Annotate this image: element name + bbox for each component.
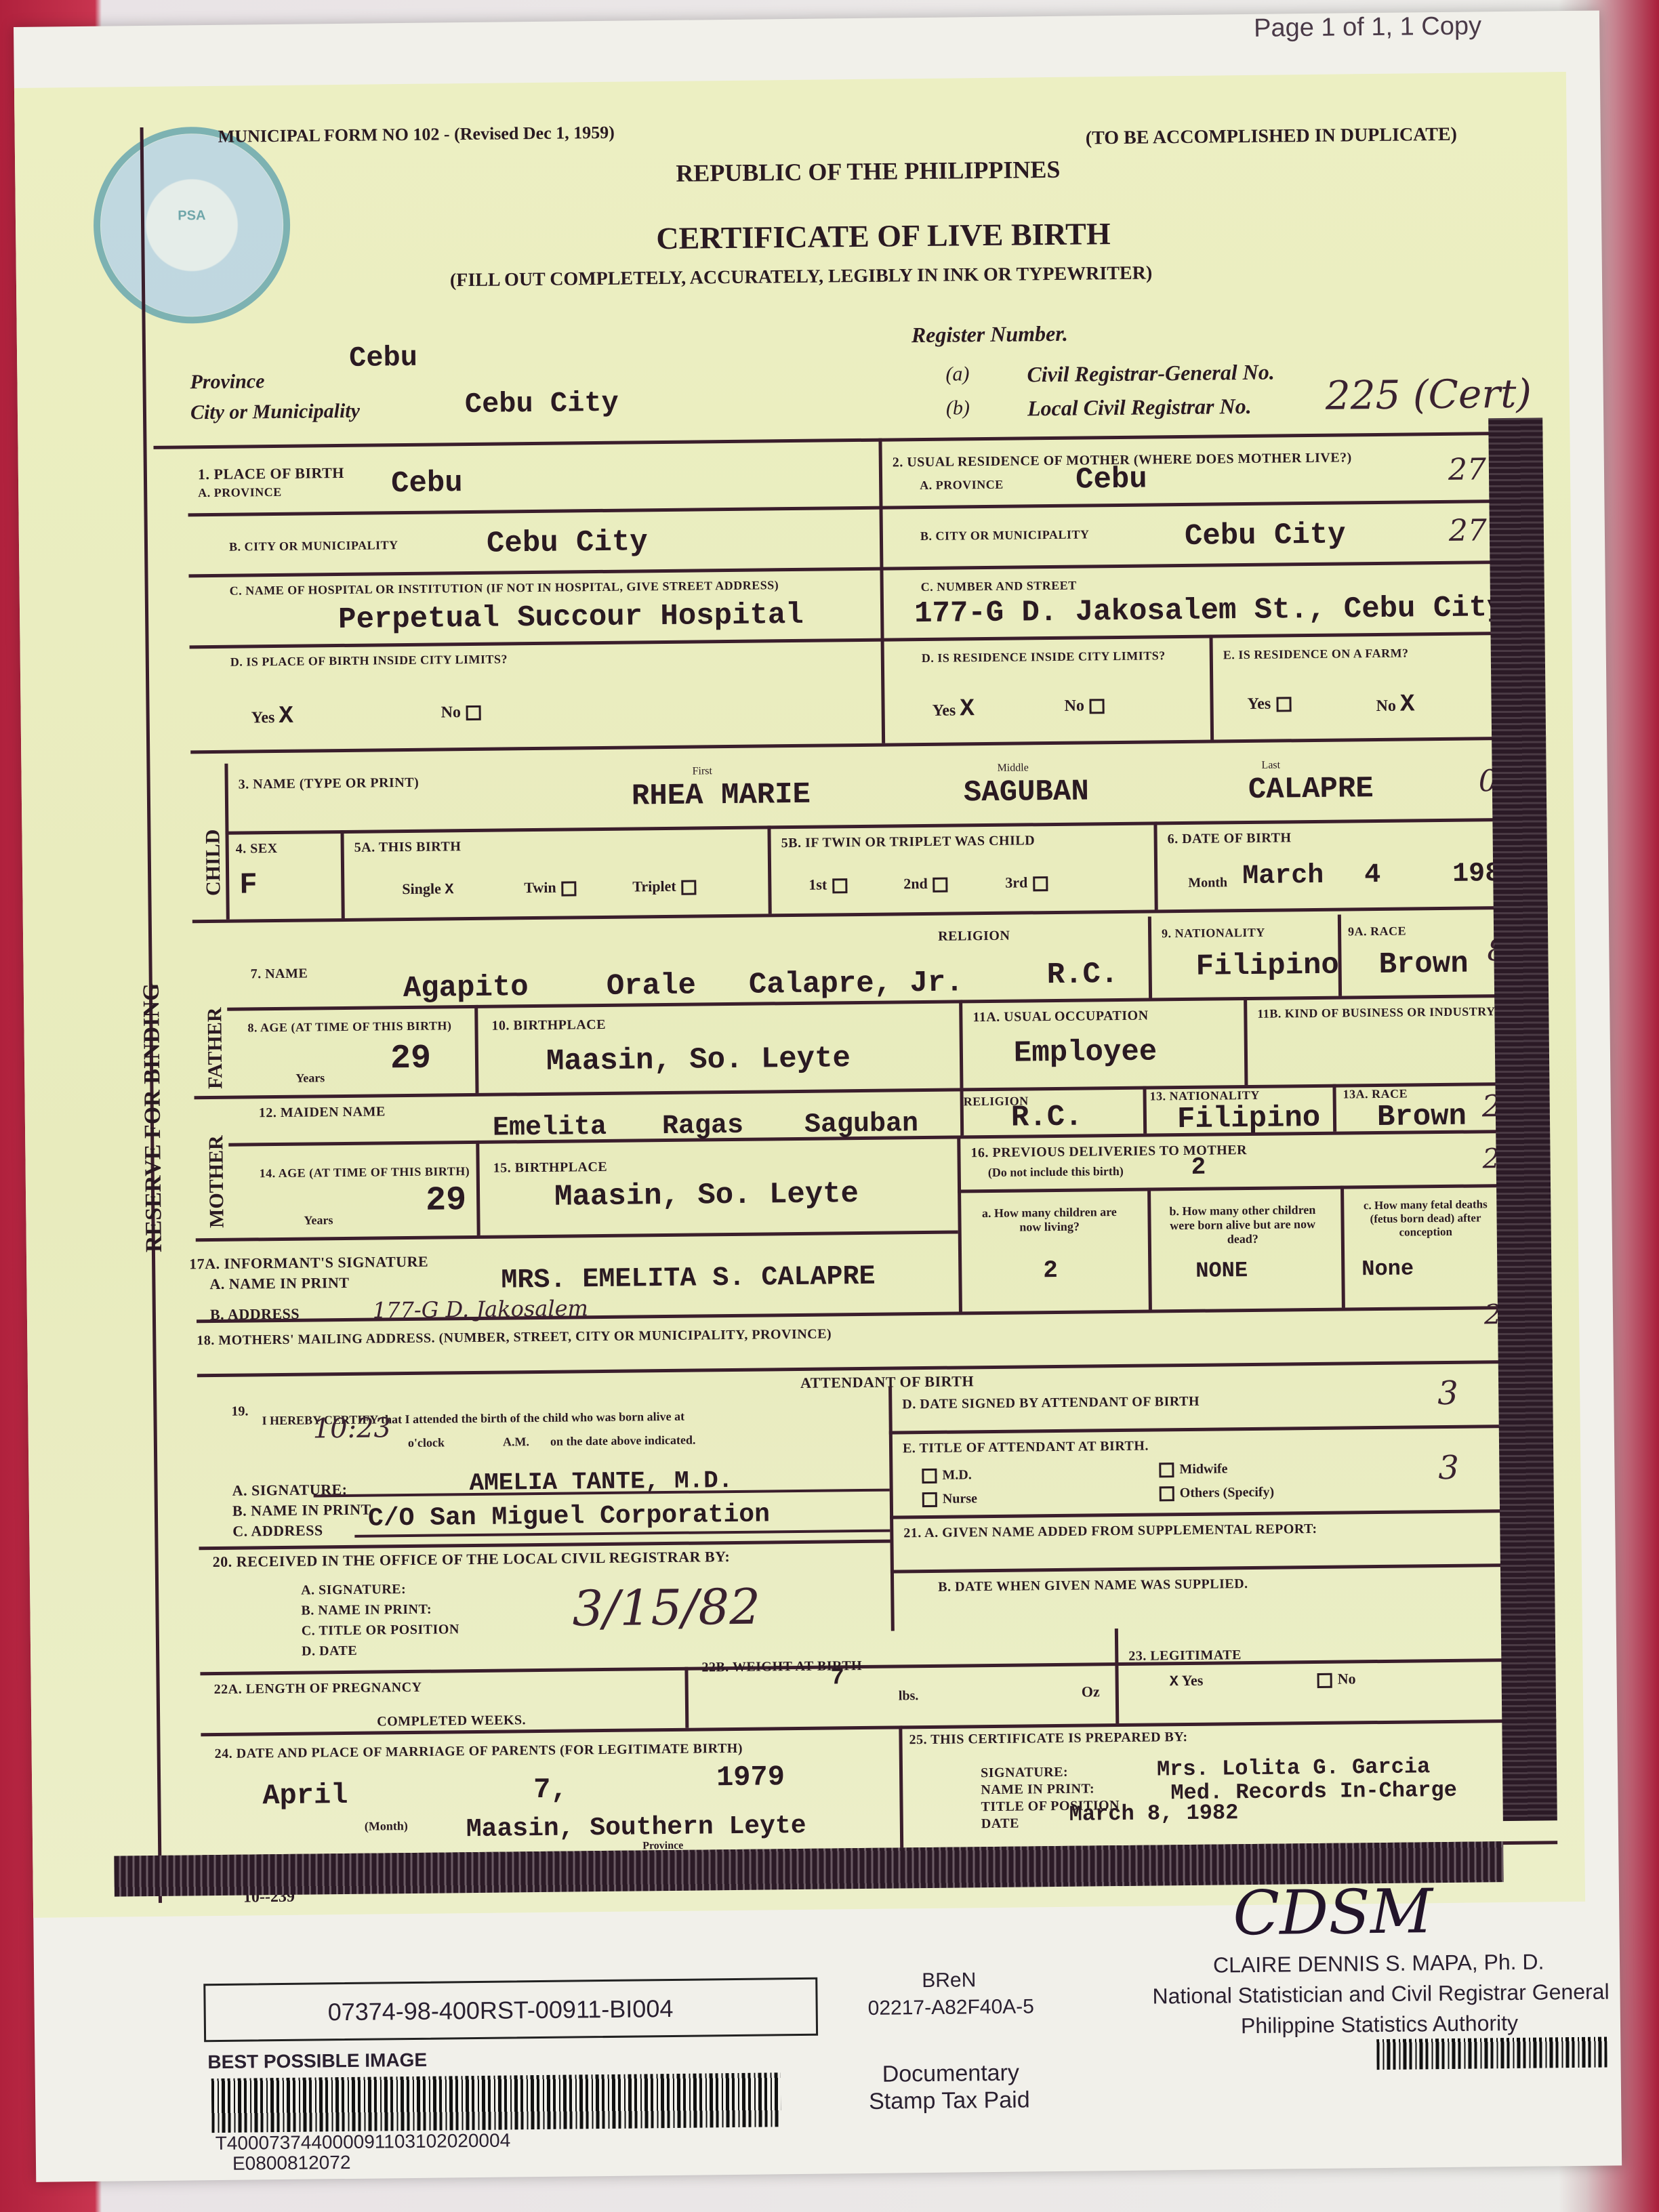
md-label: M.D. [942, 1467, 972, 1482]
father-birthplace-label: 10. BIRTHPLACE [491, 1017, 606, 1034]
mr-province: Cebu [1076, 463, 1147, 497]
form-number: MUNICIPAL FORM NO 102 - (Revised Dec 1, … [218, 123, 615, 147]
informant-address-label: b. ADDRESS [210, 1305, 300, 1324]
mr-street: 177-G D. Jakosalem St., Cebu City [914, 591, 1505, 631]
legit-no-label: No [1337, 1670, 1355, 1687]
mr-inside-yes[interactable]: Yes X [932, 695, 975, 723]
father-name-label: 7. NAME [251, 966, 308, 983]
completed-weeks-label: COMPLETED WEEKS. [377, 1713, 526, 1729]
ampm-label: A.M. [503, 1435, 529, 1449]
triplet-label: Triplet [632, 878, 676, 895]
mr-inside-city-label: d. IS RESIDENCE INSIDE CITY LIMITS? [922, 649, 1166, 665]
mother-first-name: Emelita [493, 1112, 607, 1144]
child-name-label: 3. NAME (Type or print) [239, 775, 419, 793]
prepared-date: March 8, 1982 [1069, 1800, 1239, 1827]
father-section-label: FATHER [203, 1007, 227, 1089]
father-nationality: Filipino [1195, 949, 1339, 984]
title-nurse-option[interactable]: Nurse [917, 1491, 977, 1507]
this-birth-label: 5a. THIS BIRTH [354, 839, 462, 856]
father-occupation: Employee [1014, 1035, 1158, 1070]
attendant-num: 19. [231, 1404, 248, 1419]
child-first-label: First [692, 765, 712, 777]
prepared-by-label: 25. THIS CERTIFICATE IS PREPARED BY: [909, 1729, 1187, 1748]
twin-order-label: 5b. IF TWIN OR TRIPLET WAS CHILD [781, 833, 1036, 851]
certificate-form: PSA RESERVE FOR BINDING MUNICIPAL FORM N… [14, 72, 1585, 1918]
signatory-name: CLAIRE DENNIS S. MAPA, Ph. D. [1213, 1950, 1544, 1978]
lbs-label: lbs. [899, 1688, 919, 1704]
fetal-deaths: None [1361, 1256, 1414, 1282]
order-2nd[interactable]: 2nd [903, 875, 954, 893]
bren-value: 02217-A82F40A-5 [868, 1995, 1035, 2020]
mr-farm-yes[interactable]: Yes [1247, 695, 1296, 714]
oz-label: Oz [1082, 1683, 1100, 1700]
agency-name: Philippine Statistics Authority [1241, 2011, 1518, 2039]
mother-birthplace: Maasin, So. Leyte [554, 1177, 859, 1214]
title-midwife-option[interactable]: Midwife [1153, 1461, 1227, 1478]
father-middle-name: Orale [607, 969, 697, 1004]
mother-birthplace-label: 15. BIRTHPLACE [493, 1160, 608, 1176]
reg-general-label: Civil Registrar-General No. [1027, 360, 1275, 388]
small-barcode-icon [1376, 2037, 1607, 2070]
margin-mark: 3 [1437, 1374, 1458, 1412]
republic-heading: REPUBLIC OF THE PHILIPPINES [676, 155, 1061, 188]
reference-number: 07374-98-400RST-00911-BI004 [327, 1994, 673, 2026]
yes-mark: X [279, 702, 293, 730]
marriage-day: 7, [533, 1774, 568, 1807]
reg-local-label: Local Civil Registrar No. [1027, 394, 1252, 421]
mother-age: 29 [426, 1181, 467, 1221]
father-last-name: Calapre, Jr. [749, 966, 964, 1002]
no-mark: X [1400, 690, 1415, 718]
prev-deliveries-note: (Do not include this birth) [988, 1164, 1124, 1180]
pob-province-label: a. Province [198, 485, 282, 500]
first-order-label: 1st [808, 876, 827, 893]
child-first-name: RHEA MARIE [632, 778, 811, 814]
barcode-text: T400073744000091103102020004 [216, 2129, 511, 2154]
mother-maiden-label: 12. MAIDEN NAME [259, 1104, 386, 1121]
yes-mark: X [960, 695, 975, 722]
weight-lbs: 7 [830, 1665, 844, 1691]
pob-city: Cebu City [487, 525, 648, 560]
attendant-name-label: b. NAME IN PRINT [232, 1501, 371, 1520]
marriage-month-label: (Month) [365, 1819, 408, 1834]
birth-triplet-option[interactable]: Triplet [632, 877, 702, 895]
reg-local-value: 225 (Cert) [1325, 371, 1532, 419]
received-name-label: b. NAME IN PRINT: [301, 1602, 432, 1619]
signatory-title: National Statistician and Civil Registra… [1152, 1980, 1609, 2009]
mr-city-label: b. City or Municipality [920, 527, 1090, 544]
bren-label: BReN [922, 1969, 976, 1992]
legit-yes-mark: X [1170, 1673, 1179, 1690]
page-indicator: Page 1 of 1, 1 Copy [1254, 12, 1481, 43]
third-order-label: 3rd [1005, 874, 1027, 890]
living-children-label: a. How many children are now living? [971, 1205, 1127, 1235]
child-last-label: Last [1261, 759, 1280, 771]
father-years-label: Years [295, 1071, 325, 1085]
yes-label: Yes [1247, 695, 1271, 713]
attendant-address-label: c. ADDRESS [232, 1521, 323, 1540]
pregnancy-label: 22a. LENGTH OF PREGNANCY [214, 1680, 422, 1698]
certificate-paper: Page 1 of 1, 1 Copy PSA RESERVE FOR BIND… [14, 10, 1622, 2182]
others-label: Others (Specify) [1180, 1485, 1275, 1500]
dob-label: 6. DATE OF BIRTH [1168, 830, 1292, 847]
nurse-label: Nurse [943, 1491, 977, 1507]
pob-inside-no[interactable]: No [441, 703, 487, 722]
birth-twin-option[interactable]: Twin [524, 878, 582, 897]
father-race: Brown [1378, 947, 1469, 982]
father-race-label: 9a. RACE [1348, 924, 1406, 939]
father-nationality-label: 9. NATIONALITY [1162, 926, 1265, 941]
mr-inside-no[interactable]: No [1064, 697, 1110, 716]
living-children: 2 [1043, 1256, 1058, 1284]
city-value: Cebu City [465, 387, 619, 421]
psa-seal-icon: PSA [93, 126, 291, 325]
informant-address: 177-G D. Jakosalem [373, 1295, 588, 1323]
date-suffix-label: on the date above indicated. [550, 1433, 696, 1449]
psa-footer: 07374-98-400RST-00911-BI004 BEST POSSIBL… [33, 1901, 1622, 2175]
father-religion-label: RELIGION [938, 928, 1010, 945]
marriage-place: Maasin, Southern Leyte [466, 1811, 806, 1844]
serial-number: E0800812072 [232, 2152, 351, 2175]
child-middle-name: SAGUBAN [964, 775, 1089, 810]
twin-label: Twin [524, 879, 556, 896]
dob-month-label: Month [1188, 875, 1227, 891]
pob-city-label: b. City or Municipality [229, 538, 398, 554]
city-label: City or Municipality [190, 400, 360, 425]
place-of-birth-label: 1. PLACE OF BIRTH [198, 464, 344, 483]
pob-inside-city-label: d. IS PLACE OF BIRTH INSIDE CITY LIMITS? [230, 652, 508, 669]
received-date-handwritten: 3/15/82 [572, 1578, 760, 1637]
page-title: CERTIFICATE OF LIVE BIRTH [656, 216, 1111, 256]
mother-section-label: MOTHER [205, 1135, 228, 1228]
mr-city: Cebu City [1185, 518, 1346, 553]
title-others-option[interactable]: Others (Specify) [1154, 1485, 1275, 1502]
yes-label: Yes [251, 709, 275, 726]
mailing-address-label: 18. MOTHERS' MAILING ADDRESS. (Number, S… [197, 1326, 832, 1349]
attendant-header: ATTENDANT OF BIRTH [800, 1372, 974, 1392]
prepared-name-label: NAME IN PRINT: [981, 1781, 1094, 1798]
no-label: No [1376, 697, 1396, 715]
mother-religion: R.C. [1011, 1101, 1083, 1135]
child-middle-label: Middle [997, 762, 1028, 774]
register-number-label: Register Number. [912, 321, 1068, 348]
title-md-option[interactable]: M.D. [916, 1467, 972, 1483]
legit-yes-label: Yes [1181, 1672, 1203, 1689]
legitimate-yes-option[interactable]: X Yes [1170, 1672, 1204, 1691]
dob-day: 4 [1364, 860, 1380, 890]
child-sex: F [239, 868, 258, 902]
mr-farm-no[interactable]: No X [1376, 690, 1414, 718]
mother-race: Brown [1377, 1100, 1467, 1134]
margin-mark: 3 [1438, 1449, 1459, 1487]
mr-province-label: a. Province [920, 478, 1004, 493]
mr-farm-label: e. IS RESIDENCE ON A FARM? [1223, 646, 1409, 662]
no-label: No [441, 703, 461, 721]
marriage-year: 1979 [716, 1761, 785, 1794]
child-section-label: CHILD [201, 829, 225, 896]
province-label: Province [190, 370, 264, 394]
best-image-label: BEST POSSIBLE IMAGE [207, 2049, 427, 2073]
father-business-label: 11b. KIND OF BUSINESS OR INDUSTRY [1257, 1004, 1495, 1021]
reserve-binding-label: RESERVE FOR BINDING [139, 983, 167, 1252]
dead-children-label: b. How many other children were born ali… [1158, 1203, 1328, 1248]
stamp-line1: Documentary [882, 2060, 1020, 2088]
dob-month: March [1242, 861, 1324, 892]
dead-children: NONE [1195, 1258, 1248, 1284]
mother-nationality: Filipino [1177, 1101, 1321, 1136]
father-age-label: 8. AGE (At time of this birth) [247, 1019, 451, 1035]
father-occupation-label: 11a. USUAL OCCUPATION [972, 1008, 1148, 1026]
mother-middle-name: Ragas [662, 1111, 743, 1142]
barcode-icon [211, 2072, 781, 2133]
supplemental-given-name-label: 21. a. GIVEN NAME ADDED FROM SUPPLEMENTA… [903, 1521, 1317, 1541]
marriage-month: April [262, 1779, 348, 1812]
informant-signature-label: 17a. INFORMANT'S SIGNATURE [189, 1253, 428, 1273]
province-value: Cebu [349, 342, 417, 375]
order-1st[interactable]: 1st [808, 876, 853, 894]
reg-a-prefix: (a) [945, 363, 969, 386]
father-birthplace: Maasin, So. Leyte [546, 1042, 851, 1079]
sex-label: 4. SEX [236, 841, 278, 857]
legitimate-label: 23. LEGITIMATE [1128, 1647, 1242, 1664]
midwife-label: Midwife [1179, 1461, 1227, 1477]
mother-age-label: 14. AGE (At time of this birth) [260, 1164, 470, 1181]
father-first-name: Agapito [403, 970, 529, 1006]
pob-inside-yes[interactable]: Yes X [251, 702, 293, 731]
order-3rd[interactable]: 3rd [1005, 874, 1053, 892]
mr-street-label: c. NUMBER AND STREET [921, 579, 1077, 594]
child-last-name: CALAPRE [1248, 772, 1374, 807]
fetal-deaths-label: c. How many fetal deaths (fetus born dea… [1351, 1197, 1500, 1240]
attendant-title-label: e. TITLE OF ATTENDANT AT BIRTH. [903, 1439, 1149, 1457]
second-order-label: 2nd [903, 875, 928, 892]
received-signature-label: a. SIGNATURE: [301, 1582, 406, 1599]
single-label: Single [402, 880, 441, 897]
birth-single-option[interactable]: Single X [402, 880, 453, 899]
reg-b-prefix: (b) [946, 396, 970, 419]
marriage-label: 24. DATE AND PLACE OF MARRIAGE OF PARENT… [215, 1741, 743, 1762]
stamp-line2: Stamp Tax Paid [869, 2087, 1030, 2114]
mother-years-label: Years [304, 1213, 333, 1227]
attendant-address: C/O San Miguel Corporation [368, 1500, 770, 1533]
received-title-label: c. TITLE OR POSITION [302, 1622, 459, 1639]
supplemental-date-label: b. DATE WHEN GIVEN NAME WAS SUPPLIED. [938, 1576, 1248, 1595]
informant-name-label: a. NAME IN PRINT [209, 1274, 349, 1293]
date-signed-label: d. DATE SIGNED BY ATTENDANT OF BIRTH [902, 1394, 1200, 1413]
prepared-signature-label: SIGNATURE: [981, 1765, 1068, 1781]
duplicate-note: (TO BE ACCOMPLISHED IN DUPLICATE) [1086, 124, 1457, 150]
father-age: 29 [390, 1040, 432, 1079]
reference-box: 07374-98-400RST-00911-BI004 [203, 1978, 818, 2042]
single-mark: X [445, 881, 453, 898]
yes-label: Yes [933, 701, 956, 719]
prepared-date-label: DATE [981, 1816, 1019, 1832]
pob-province: Cebu [391, 466, 463, 501]
oclock-label: o'clock [408, 1435, 445, 1450]
instructions: (FILL OUT COMPLETELY, ACCURATELY, LEGIBL… [450, 262, 1153, 291]
mother-last-name: Saguban [804, 1109, 918, 1141]
received-date-label: d. DATE [302, 1643, 357, 1660]
prev-deliveries: 2 [1191, 1153, 1206, 1181]
no-label: No [1064, 697, 1084, 715]
signatory-signature: CDSM [1233, 1876, 1433, 1949]
pob-hospital-label: c. NAME OF HOSPITAL OR INSTITUTION (If n… [230, 578, 779, 598]
attendant-time: 10:23 [312, 1412, 391, 1444]
pob-hospital: Perpetual Succour Hospital [338, 598, 804, 637]
informant-name: MRS. EMELITA S. CALAPRE [501, 1262, 876, 1296]
mother-race-label: 13a. RACE [1343, 1087, 1408, 1102]
received-label: 20. RECEIVED IN THE OFFICE OF THE LOCAL … [213, 1548, 731, 1571]
legitimate-no-option[interactable]: No [1311, 1670, 1355, 1688]
father-religion: R.C. [1046, 958, 1118, 992]
seal-initials: PSA [100, 207, 283, 225]
